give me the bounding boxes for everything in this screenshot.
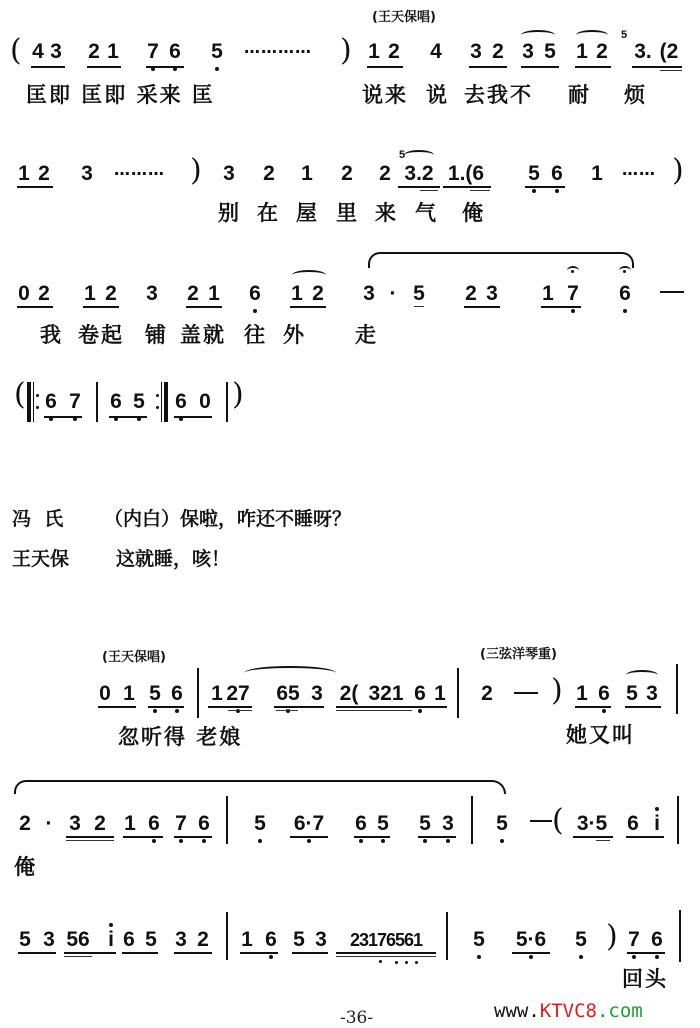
note: 3 [521,40,535,64]
note: · [42,812,56,836]
note: 1.(6 [443,162,489,186]
lyric: 来 [375,200,398,226]
open-paren: ( [10,36,22,66]
lyrics: 回头 [622,966,668,992]
note: 3 [42,928,56,952]
note: 6 [174,390,188,414]
lyric: 说来 [362,82,408,108]
underline [174,952,212,954]
underline [367,66,403,68]
note: 6 [650,928,664,952]
low-dot [379,960,382,963]
underline [541,306,581,308]
underline [521,66,559,68]
underline [17,186,53,188]
watermark: www.KTVC8.com [494,1000,643,1022]
repeat-bar [27,382,31,422]
note: 1 [300,162,314,186]
underline [525,186,565,188]
close-paren: ) [232,380,244,410]
note: 6 [264,928,278,952]
note: 6 [248,282,262,306]
note: 7 [174,812,188,836]
lyric: 卷起 [78,322,124,348]
note: 1 [575,682,589,706]
note: 3 [310,682,324,706]
underline [87,66,121,68]
underline [418,836,456,838]
underline [443,186,491,188]
repeat-bar [164,382,168,422]
underline [98,706,136,708]
bar-line [96,382,98,422]
dotted-line: ……… [114,160,165,179]
note: 5 [253,812,267,836]
open-paren: ( [14,380,26,410]
bar-line [226,912,228,960]
underline [31,66,65,68]
note: 2 [340,162,354,186]
slur [244,666,336,680]
note: 2 [104,282,118,306]
note: 2 [378,162,392,186]
note: 2 [262,162,276,186]
note: 3 [222,162,236,186]
underline-double [660,70,682,71]
note: 2 [491,40,505,64]
underline-double [228,710,252,711]
note: 3 [469,40,483,64]
dash [514,692,538,694]
note: 5 [495,812,509,836]
note: 7 [566,282,580,306]
instrument-label: (三弦洋琴重) [480,643,557,662]
underline [411,706,447,708]
note: (2 [656,40,682,64]
underline [512,952,550,954]
note: 5 [625,682,639,706]
note: 3. [632,40,654,64]
underline [240,952,278,954]
lyric: 俺 [462,200,485,226]
repeat-dot [156,406,159,409]
note: 1 [367,40,381,64]
note: 1 [210,682,224,706]
underline [274,706,324,708]
lyric: 盖就 [180,322,226,348]
close-paren: ) [551,676,563,706]
note: 1 [240,928,254,952]
note: · [386,282,400,306]
bar-line [197,668,199,718]
lyric: 我 [40,322,63,348]
note: 3 [49,40,63,64]
watermark-prefix: www. [494,1000,540,1022]
underline [146,66,184,68]
note: 65 [274,682,302,706]
close-paren: ) [190,156,202,186]
note: 3.2 [398,162,440,186]
note: 3 [145,282,159,306]
note: 1 [590,162,604,186]
dialogue-speaker: 王天保 [12,546,69,572]
underline [17,306,53,308]
note: 2 [480,682,494,706]
underline [64,952,116,954]
slur [626,670,658,680]
dash [530,820,552,822]
note: 4 [31,40,45,64]
note: 6 [109,390,123,414]
repeat-dot [36,406,39,409]
bar-line [226,796,228,844]
underline [123,836,163,838]
note: 1 [106,40,120,64]
note: 6 [168,40,182,64]
underline [625,706,661,708]
note: 5 [144,928,158,952]
note: 1 [575,40,589,64]
note: 3 [80,162,94,186]
note: 6 [413,682,427,706]
underline [575,706,611,708]
note: 5 [574,928,588,952]
note: 1 [122,682,136,706]
underline [122,952,158,954]
note: 1 [123,812,137,836]
note: 2 [37,162,51,186]
note: i [104,928,118,952]
bar-line [679,910,681,962]
lyric: 在 [257,200,280,226]
phrase-bracket [14,780,506,794]
underline [336,706,412,708]
note: 23176561 [336,928,436,952]
note: 5 [472,928,486,952]
repeat-dot [156,394,159,397]
watermark-brand: KTVC8 [540,1000,597,1022]
page-number: -36- [340,1008,373,1028]
bar-line [676,664,678,714]
underline [575,66,611,68]
underline-double [596,840,610,841]
lyric: 别 [218,200,241,226]
note: 0 [98,682,112,706]
open-paren: ( [552,806,564,836]
note: 5 [543,40,557,64]
dialogue-speaker: 冯 氏 [12,506,63,532]
note: 6 [197,812,211,836]
underline [336,952,436,954]
lyrics: 忽听得 老娘 [118,724,242,750]
underline [290,306,326,308]
note: 6·7 [290,812,328,836]
grace-note: 5 [621,30,627,41]
underline [18,952,56,954]
underline [292,952,328,954]
note: 6 [147,812,161,836]
repeat-dot [36,394,39,397]
dotted-line: ………… [244,38,312,57]
note: 6 [122,928,136,952]
note: 5·6 [512,928,550,952]
note: 3 [645,682,659,706]
note: 27 [224,682,252,706]
underline [174,416,212,418]
note: 0 [198,390,212,414]
lyric: 烦 [624,82,647,108]
note: 7 [627,928,641,952]
note: 2 [18,812,32,836]
bar-line [471,796,473,844]
note: 3 [174,928,188,952]
note: 6 [626,812,640,836]
lyric: 屋 [296,200,319,226]
note: 2 [387,40,401,64]
note: 3 [485,282,499,306]
note: 4 [429,40,443,64]
note: 1 [433,682,447,706]
underline [290,836,328,838]
note: 6 [354,812,368,836]
underline [66,836,114,838]
underline [627,952,665,954]
note: 5 [527,162,541,186]
dotted-line: …… [622,160,656,179]
note: 5 [210,40,224,64]
note: 2 [311,282,325,306]
underline-double [414,306,424,307]
note: 1 [17,162,31,186]
singer-label: (王天保唱) [102,646,166,665]
note: 3 [441,812,455,836]
slur [292,270,326,280]
low-dot [405,961,408,964]
slur [404,150,434,160]
note: 321 [364,682,408,706]
lyric: 铺 [145,322,168,348]
underline [148,706,184,708]
bar-line [677,796,679,844]
singer-label: (王天保唱) [372,6,436,25]
bar-line [446,912,448,960]
note: 2 [37,282,51,306]
note: 2 [595,40,609,64]
lyric: 气 [415,200,438,226]
note: 5 [132,390,146,414]
note: 1 [541,282,555,306]
repeat-bar-thin [33,382,34,422]
fermata-icon [567,266,579,275]
note: 7 [68,390,82,414]
underline-double [336,710,412,711]
note: 1 [290,282,304,306]
underline [464,306,500,308]
watermark-suffix: .com [597,1000,643,1022]
note: 6 [170,682,184,706]
close-paren: ) [672,156,684,186]
lyric: 去我不 [464,82,533,108]
underline-double [66,840,114,841]
dialogue-line: （内白）保啦，咋还不睡呀？ [104,506,351,532]
note: 0 [17,282,31,306]
bar-line [226,382,228,422]
underline [109,416,147,418]
underline-double [64,956,92,957]
note: 6 [44,390,58,414]
note: 2 [87,40,101,64]
underline [208,706,252,708]
dialogue-line: 这就睡，咳！ [116,546,230,572]
note: 3·5 [573,812,611,836]
note: 5 [148,682,162,706]
underline [186,306,222,308]
lyrics: 她又叫 [566,722,635,748]
underline [469,66,507,68]
note: 1 [83,282,97,306]
note: 5 [292,928,306,952]
lyrics: 匡即 匡即 采来 匡 [26,82,215,108]
lyric: 耐 [568,82,591,108]
note: 5 [412,282,426,306]
underline-double [420,190,438,191]
underline [174,836,212,838]
underline [44,416,82,418]
slur [576,30,608,40]
note: 2 [196,928,210,952]
underline-double [276,710,298,711]
note: 6 [550,162,564,186]
note: 2 [186,282,200,306]
underline [398,186,440,188]
note: 5 [376,812,390,836]
lyric: 俺 [14,854,37,880]
note: 7 [146,40,160,64]
underline [354,836,390,838]
note: 1 [207,282,221,306]
phrase-bracket [368,252,634,268]
bar-line [457,668,459,718]
fermata-icon [619,266,631,275]
low-dot [415,961,418,964]
underline [573,836,613,838]
note: 3 [314,928,328,952]
repeat-bar-thin [161,382,162,422]
note: 3 [68,812,82,836]
low-dot [395,961,398,964]
underline-double [336,956,436,957]
note: 2 [464,282,478,306]
note: 5 [418,812,432,836]
note: 5 [18,928,32,952]
note: 6 [618,282,632,306]
underline [83,306,119,308]
dash [660,291,684,293]
note: 6 [597,682,611,706]
note: i [650,812,664,836]
note: 2 [93,812,107,836]
lyric: 外 [283,322,306,348]
note: 3 [362,282,376,306]
close-paren: ) [340,36,352,66]
underline [626,836,664,838]
lyric: 走 [355,322,378,348]
underline [632,66,682,68]
slur [521,30,555,40]
note: 56 [64,928,92,952]
lyric: 说 [426,82,449,108]
close-paren: ) [606,922,618,952]
lyric: 往 [244,322,267,348]
lyric: 里 [336,200,359,226]
note: 2( [336,682,362,706]
underline-double [470,190,490,191]
